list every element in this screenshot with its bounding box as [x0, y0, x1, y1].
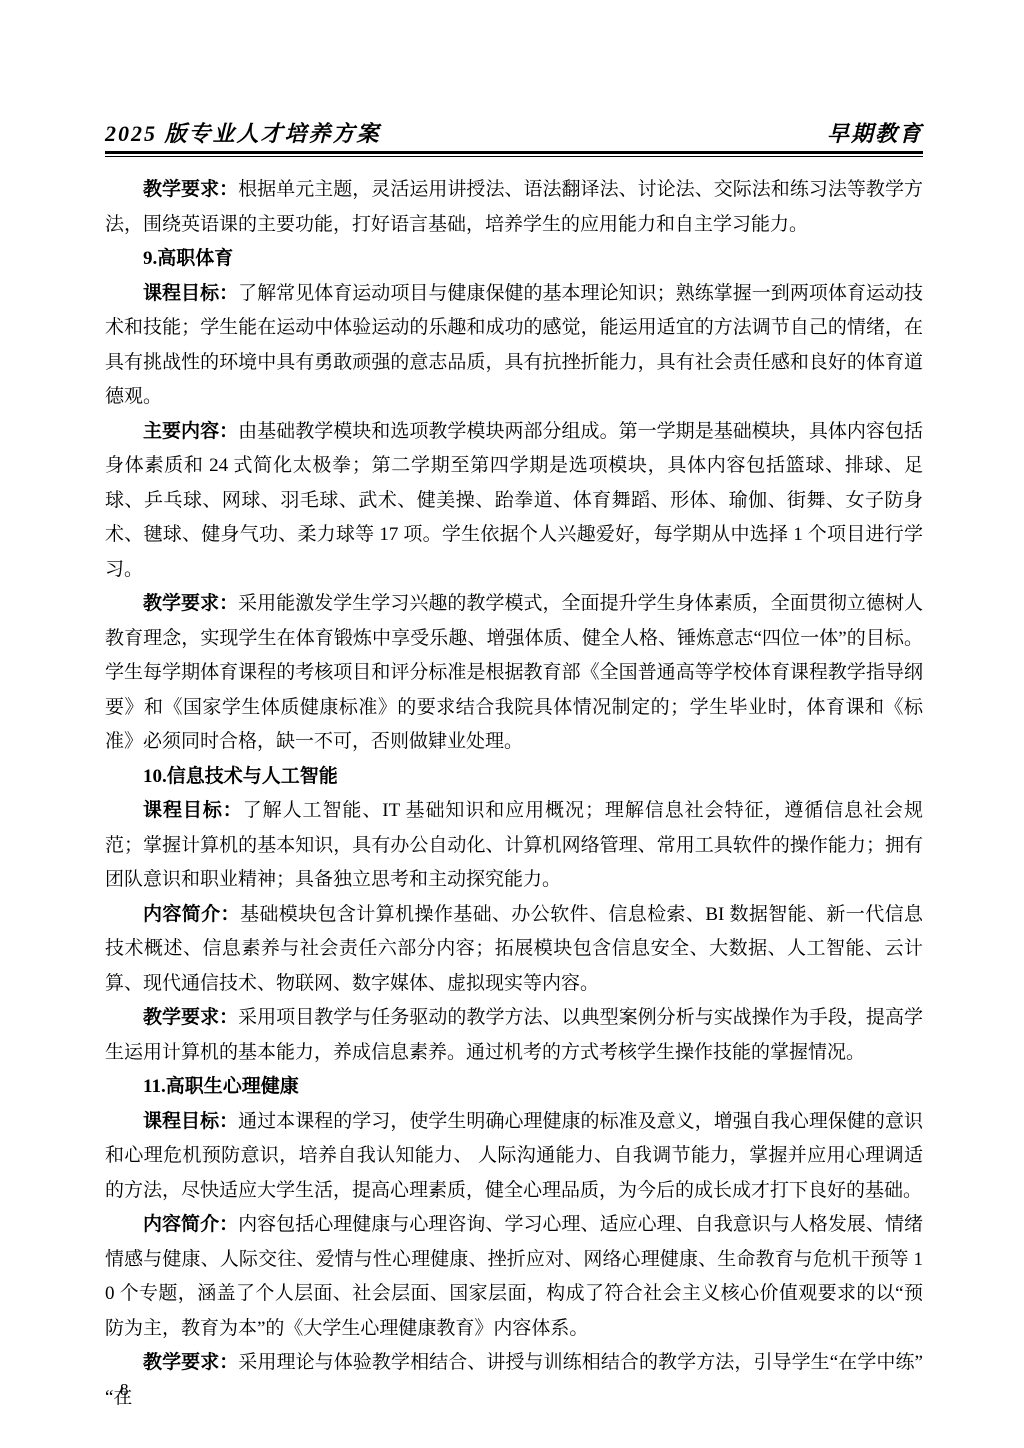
header-divider [105, 151, 923, 157]
paragraph: 课程目标：通过本课程的学习，使学生明确心理健康的标准及意义，增强自我心理保健的意… [105, 1105, 923, 1209]
paragraph: 课程目标：了解人工智能、IT 基础知识和应用概况；理解信息社会特征，遵循信息社会… [105, 794, 923, 898]
paragraph-label: 课程目标： [143, 283, 238, 304]
paragraph-label: 教学要求： [143, 593, 238, 614]
paragraph: 内容简介：内容包括心理健康与心理咨询、学习心理、适应心理、自我意识与人格发展、情… [105, 1208, 923, 1346]
section-heading: 9.高职体育 [105, 242, 923, 277]
paragraph-label: 内容简介： [143, 904, 240, 925]
paragraph: 教学要求：根据单元主题，灵活运用讲授法、语法翻译法、讨论法、交际法和练习法等教学… [105, 173, 923, 242]
header-divider-thick-line [105, 151, 923, 154]
header-left-title: 2025 版专业人才培养方案 [105, 120, 381, 148]
header-divider-thin-line [105, 156, 923, 157]
section-heading: 11.高职生心理健康 [105, 1070, 923, 1105]
header-right-title: 早期教育 [827, 120, 923, 148]
paragraph-label: 教学要求： [143, 1352, 238, 1373]
paragraph: 教学要求：采用能激发学生学习兴趣的教学模式，全面提升学生身体素质，全面贯彻立德树… [105, 587, 923, 760]
paragraph: 内容简介：基础模块包含计算机操作基础、办公软件、信息检索、BI 数据智能、新一代… [105, 898, 923, 1002]
page-number: 8 [120, 1380, 129, 1400]
section-heading: 10.信息技术与人工智能 [105, 760, 923, 795]
paragraph: 教学要求：采用理论与体验教学相结合、讲授与训练相结合的教学方法，引导学生“在学中… [105, 1346, 923, 1415]
paragraph: 教学要求：采用项目教学与任务驱动的教学方法、以典型案例分析与实战操作为手段，提高… [105, 1001, 923, 1070]
running-header: 2025 版专业人才培养方案 早期教育 [105, 120, 923, 148]
paragraph-label: 课程目标： [143, 800, 243, 821]
paragraph: 课程目标：了解常见体育运动项目与健康保健的基本理论知识；熟练掌握一到两项体育运动… [105, 277, 923, 415]
document-body: 教学要求：根据单元主题，灵活运用讲授法、语法翻译法、讨论法、交际法和练习法等教学… [105, 173, 923, 1415]
paragraph-label: 主要内容： [143, 421, 238, 442]
paragraph: 主要内容：由基础教学模块和选项教学模块两部分组成。第一学期是基础模块，具体内容包… [105, 415, 923, 588]
paragraph-label: 内容简介： [143, 1214, 238, 1235]
paragraph-label: 教学要求： [143, 179, 238, 200]
document-page: 2025 版专业人才培养方案 早期教育 教学要求：根据单元主题，灵活运用讲授法、… [0, 0, 1024, 1448]
paragraph-label: 教学要求： [143, 1007, 238, 1028]
paragraph-label: 课程目标： [143, 1111, 238, 1132]
